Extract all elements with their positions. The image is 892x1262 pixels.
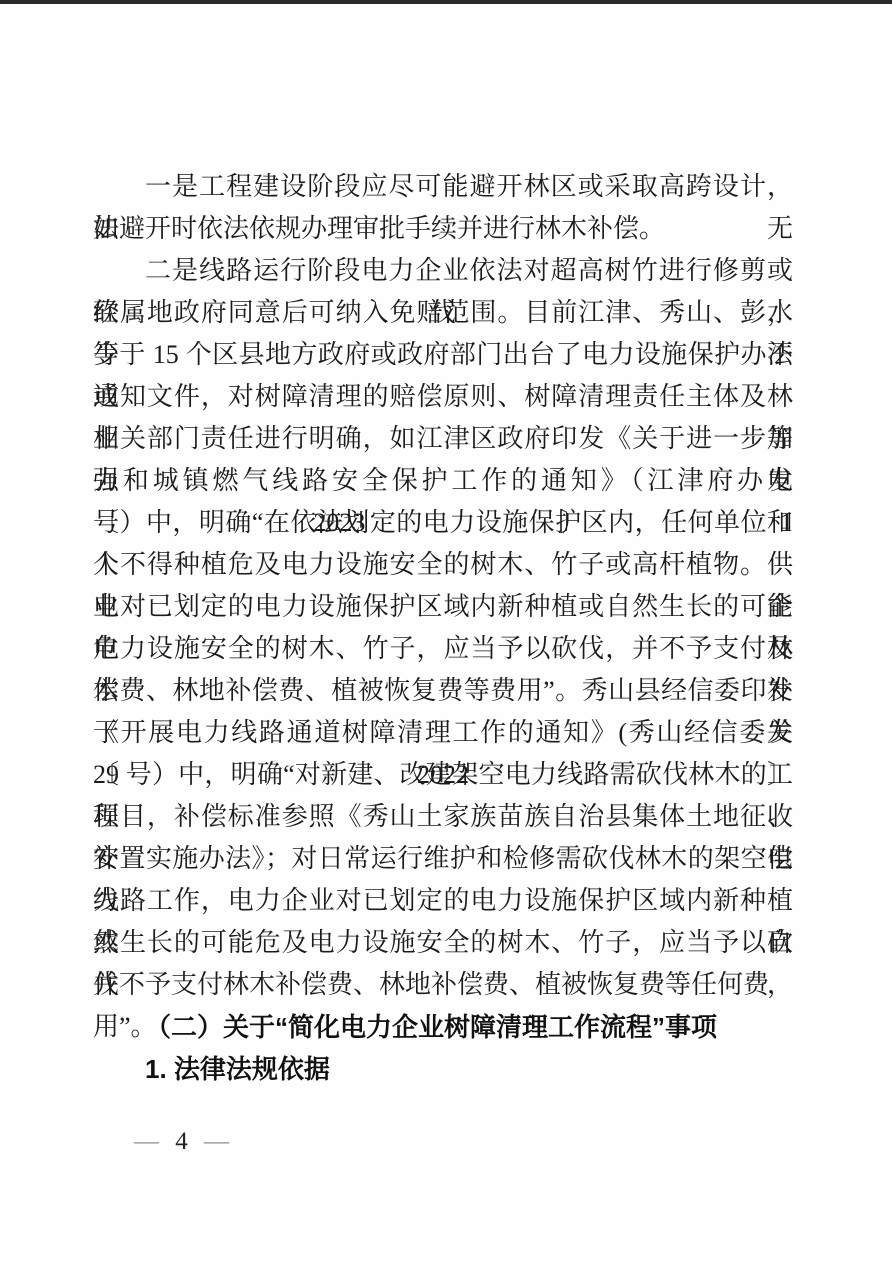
top-edge-rule <box>0 0 892 4</box>
text-line: 一是工程建设阶段应尽可能避开林区或采取高跨设计，如无 <box>93 166 793 208</box>
page-number: 4 <box>171 1128 192 1155</box>
text-line: 二是线路运行阶段电力企业依法对超高树竹进行修剪或砍伐， <box>93 250 793 292</box>
text-line: 于开展电力线路通道树障清理工作的通知》(秀山经信委发〔2022〕 <box>93 712 793 754</box>
text-line: 并不予支付林木补偿费、林地补偿费、植被恢复费等任何费用”。 <box>93 964 793 1006</box>
text-line: 29 号）中，明确“对新建、改建架空电力线路需砍伐林木的工程、 <box>93 754 793 796</box>
text-line: 项目，补偿标准参照《秀山土家族苗族自治县集体土地征收补偿 <box>93 796 793 838</box>
text-line: 电力设施安全的树木、竹子，应当予以砍伐，并不予支付林木补 <box>93 628 793 670</box>
text-line: 人不得种植危及电力设施安全的树木、竹子或高杆植物。供电企 <box>93 544 793 586</box>
footer-dash-left: — <box>128 1128 165 1155</box>
text-line: 安置实施办法》；对日常运行维护和检修需砍伐林木的架空电力 <box>93 838 793 880</box>
document-page: 一是工程建设阶段应尽可能避开林区或采取高跨设计，如无法避开时依法依规办理审批手续… <box>0 0 892 1262</box>
text-line: 经属地政府同意后可纳入免赔范围。目前江津、秀山、彭水等不 <box>93 292 793 334</box>
heading-line: （二）关于“简化电力企业树障清理工作流程”事项 <box>93 1006 793 1048</box>
text-line: 业对已划定的电力设施保护区域内新种植或自然生长的可能危及 <box>93 586 793 628</box>
heading-line: 1. 法律法规依据 <box>93 1048 793 1090</box>
footer-dash-right: — <box>198 1128 235 1155</box>
document-lines: 一是工程建设阶段应尽可能避开林区或采取高跨设计，如无法避开时依法依规办理审批手续… <box>93 166 793 1090</box>
page-footer: — 4 — <box>128 1124 235 1160</box>
text-line: 线路工作，电力企业对已划定的电力设施保护区域内新种植或自 <box>93 880 793 922</box>
text-line: 偿费、林地补偿费、植被恢复费等费用”。秀山县经信委印发《关 <box>93 670 793 712</box>
text-line: 号）中，明确“在依法划定的电力设施保护区内，任何单位和个 <box>93 502 793 544</box>
text-line: 少于 15 个区县地方政府或政府部门出台了电力设施保护办法或 <box>93 334 793 376</box>
text-line: 力和城镇燃气线路安全保护工作的通知》（江津府办发〔2023〕1 <box>93 460 793 502</box>
text-line: 通知文件，对树障清理的赔偿原则、树障清理责任主体及林业等 <box>93 376 793 418</box>
text-line: 相关部门责任进行明确，如江津区政府印发《关于进一步加强电 <box>93 418 793 460</box>
text-line: 然生长的可能危及电力设施安全的树木、竹子，应当予以砍伐， <box>93 922 793 964</box>
